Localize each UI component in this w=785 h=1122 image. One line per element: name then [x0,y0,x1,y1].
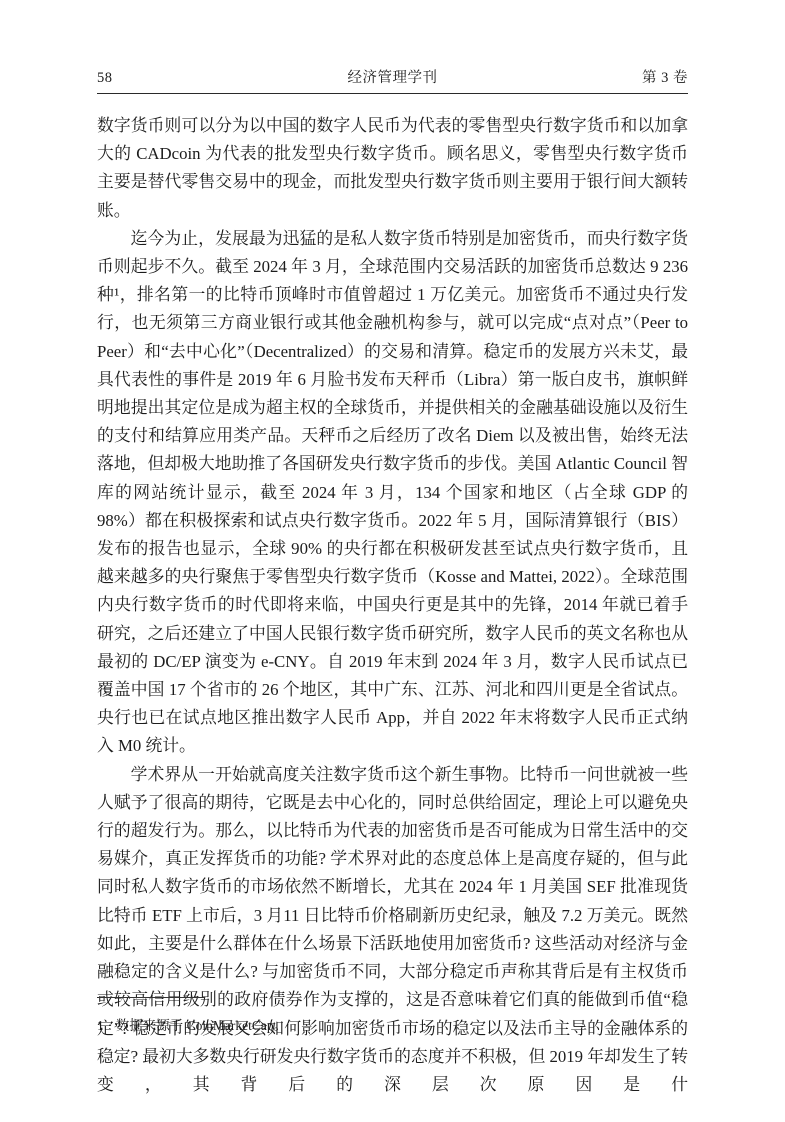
footnote-text: 数据来源于 CoinMarketCap。 [116,1018,287,1033]
body-paragraph: 数字货币则可以分为以中国的数字人民币为代表的零售型央行数字货币和以加拿大的 CA… [97,112,688,225]
journal-page: 58 经济管理学刊 第 3 卷 数字货币则可以分为以中国的数字人民币为代表的零售… [0,0,785,1122]
body-paragraph: 迄今为止，发展最为迅猛的是私人数字货币特别是加密货币，而央行数字货币则起步不久。… [97,225,688,761]
page-header: 58 经济管理学刊 第 3 卷 [97,66,688,94]
article-body: 数字货币则可以分为以中国的数字人民币为代表的零售型央行数字货币和以加拿大的 CA… [97,112,688,1099]
footnote-marker: 1 [97,1016,104,1036]
body-paragraph: 学术界从一开始就高度关注数字货币这个新生事物。比特币一问世就被一些人赋予了很高的… [97,761,688,1099]
page-number: 58 [97,70,348,87]
footnote-separator [97,997,205,998]
journal-title: 经济管理学刊 [348,66,438,87]
footnote: 1数据来源于 CoinMarketCap。 [97,1016,688,1036]
volume-number: 第 3 卷 [438,66,689,87]
